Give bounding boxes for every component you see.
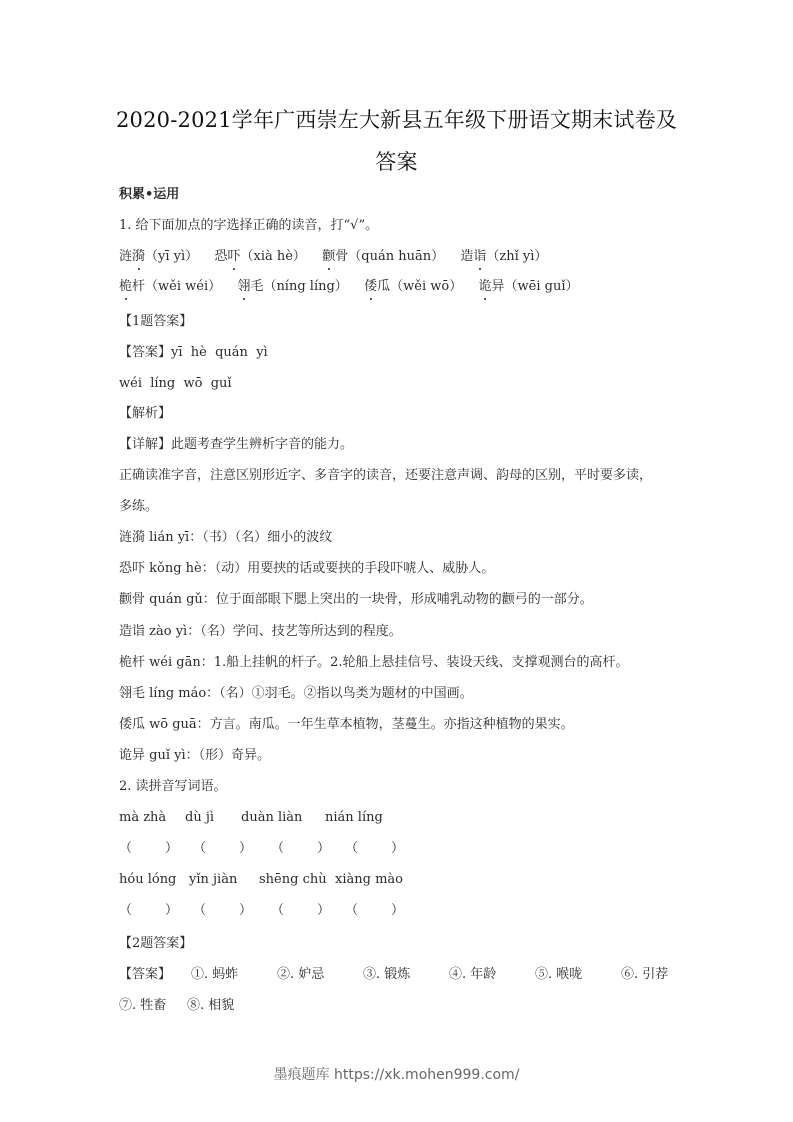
answer-label: 【答案】 bbox=[119, 967, 191, 983]
answer-blank[interactable]: （ ） bbox=[345, 903, 404, 919]
question-1-answer-continued: wéi líng wō guǐ bbox=[119, 376, 232, 392]
answer-blank[interactable]: （ ） bbox=[119, 841, 193, 857]
question-2-pinyin-row-2: hóu lóngyǐn jiànshēng chùxiàng mào bbox=[119, 872, 403, 888]
detail-text: 此题考查学生辨析字音的能力。 bbox=[171, 437, 353, 452]
explanation-item: 倭瓜 wō guā：方言。南瓜。一年生草本植物，茎蔓生。亦指这种植物的果实。 bbox=[119, 717, 574, 733]
question-2-pinyin-row-1: mà zhàdù jìduàn liànnián líng bbox=[119, 810, 383, 826]
question-2-blanks-row-1: （ ）（ ）（ ）（ ） bbox=[119, 841, 404, 857]
option-item: 涟漪（yī yì） bbox=[119, 249, 198, 264]
pinyin-item: duàn liàn bbox=[241, 810, 325, 826]
document-page: 2020-2021学年广西崇左大新县五年级下册语文期末试卷及 答案 积累•运用 … bbox=[0, 0, 793, 1122]
answer-item: ⑦. 牲畜 bbox=[119, 998, 187, 1014]
analysis-paragraph-line-2: 多练。 bbox=[119, 499, 158, 515]
question-1-answer: 【答案】yī hè quán yì bbox=[119, 345, 268, 361]
option-item: 颧骨（quán huān） bbox=[322, 249, 444, 264]
explanation-item: 颧骨 quán gǔ：位于面部眼下腮上突出的一块骨，形成哺乳动物的颧弓的一部分。 bbox=[119, 592, 593, 608]
answer-blank[interactable]: （ ） bbox=[271, 903, 345, 919]
answer-blank[interactable]: （ ） bbox=[271, 841, 345, 857]
option-item: 恐吓（xià hè） bbox=[214, 249, 305, 264]
answer-item: ⑤. 喉咙 bbox=[535, 967, 621, 983]
explanation-item: 桅杆 wéi gān：1.船上挂帆的杆子。2.轮船上悬挂信号、装设天线、支撑观测… bbox=[119, 655, 629, 671]
explanation-item: 涟漪 lián yī：（书）（名）细小的波纹 bbox=[119, 530, 332, 546]
question-2-answer-line-1: 【答案】①. 蚂蚱②. 妒忌③. 锻炼④. 年龄⑤. 喉咙⑥. 引荐 bbox=[119, 967, 668, 983]
question-2-prompt: 2. 读拼音写词语。 bbox=[119, 779, 227, 795]
option-item: 桅杆（wěi wéi） bbox=[119, 279, 221, 294]
question-1-detail: 【详解】此题考查学生辨析字音的能力。 bbox=[119, 437, 353, 453]
question-1-options-row-2: 桅杆（wěi wéi） 翎毛（níng líng） 倭瓜（wěi wō） 诡异（… bbox=[119, 279, 578, 295]
footer-watermark: 墨痕题库 https://xk.mohen999.com/ bbox=[0, 1064, 793, 1084]
page-title: 2020-2021学年广西崇左大新县五年级下册语文期末试卷及 bbox=[100, 104, 693, 134]
question-1-prompt: 1. 给下面加点的字选择正确的读音，打“√”。 bbox=[119, 218, 378, 234]
answer-text: yī hè quán yì bbox=[171, 345, 268, 360]
answer-item: ②. 妒忌 bbox=[277, 967, 363, 983]
explanation-item: 恐吓 kǒng hè：（动）用要挟的话或要挟的手段吓唬人、威胁人。 bbox=[119, 561, 494, 577]
explanation-item: 翎毛 líng máo：（名）①羽毛。②指以鸟类为题材的中国画。 bbox=[119, 686, 473, 702]
option-item: 造诣（zhǐ yì） bbox=[460, 249, 547, 264]
answer-blank[interactable]: （ ） bbox=[345, 841, 404, 857]
answer-item: ④. 年龄 bbox=[449, 967, 535, 983]
detail-label: 【详解】 bbox=[119, 437, 171, 452]
question-2-answer-line-2: ⑦. 牲畜⑧. 相貌 bbox=[119, 998, 234, 1014]
answer-item: ①. 蚂蚱 bbox=[191, 967, 277, 983]
question-1-answer-header: 【1题答案】 bbox=[119, 314, 192, 330]
section-heading: 积累•运用 bbox=[119, 187, 179, 203]
answer-item: ⑥. 引荐 bbox=[621, 967, 668, 983]
pinyin-item: dù jì bbox=[185, 810, 241, 826]
answer-blank[interactable]: （ ） bbox=[193, 903, 271, 919]
answer-item: ③. 锻炼 bbox=[363, 967, 449, 983]
pinyin-item: mà zhà bbox=[119, 810, 185, 826]
question-2-answer-header: 【2题答案】 bbox=[119, 936, 192, 952]
option-item: 倭瓜（wěi wō） bbox=[364, 279, 462, 294]
pinyin-item: nián líng bbox=[325, 810, 383, 826]
pinyin-item: hóu lóng bbox=[119, 872, 189, 888]
explanation-item: 诡异 guǐ yì：（形）奇异。 bbox=[119, 748, 270, 764]
option-item: 诡异（wēi guǐ） bbox=[478, 279, 578, 294]
pinyin-item: shēng chù bbox=[259, 872, 335, 888]
analysis-paragraph-line-1: 正确读准字音，注意区别形近字、多音字的读音，还要注意声调、韵母的区别，平时要多读… bbox=[119, 468, 652, 484]
question-1-options-row-1: 涟漪（yī yì） 恐吓（xià hè） 颧骨（quán huān） 造诣（zh… bbox=[119, 249, 547, 265]
explanation-item: 造诣 zào yì：（名）学问、技艺等所达到的程度。 bbox=[119, 624, 402, 640]
answer-blank[interactable]: （ ） bbox=[193, 841, 271, 857]
page-title-continued: 答案 bbox=[100, 146, 693, 176]
pinyin-item: xiàng mào bbox=[335, 872, 403, 888]
question-1-analysis-header: 【解析】 bbox=[119, 406, 171, 422]
answer-blank[interactable]: （ ） bbox=[119, 903, 193, 919]
question-2-blanks-row-2: （ ）（ ）（ ）（ ） bbox=[119, 903, 404, 919]
option-item: 翎毛（níng líng） bbox=[237, 279, 347, 294]
answer-label: 【答案】 bbox=[119, 345, 171, 360]
pinyin-item: yǐn jiàn bbox=[189, 872, 259, 888]
answer-item: ⑧. 相貌 bbox=[187, 998, 234, 1014]
